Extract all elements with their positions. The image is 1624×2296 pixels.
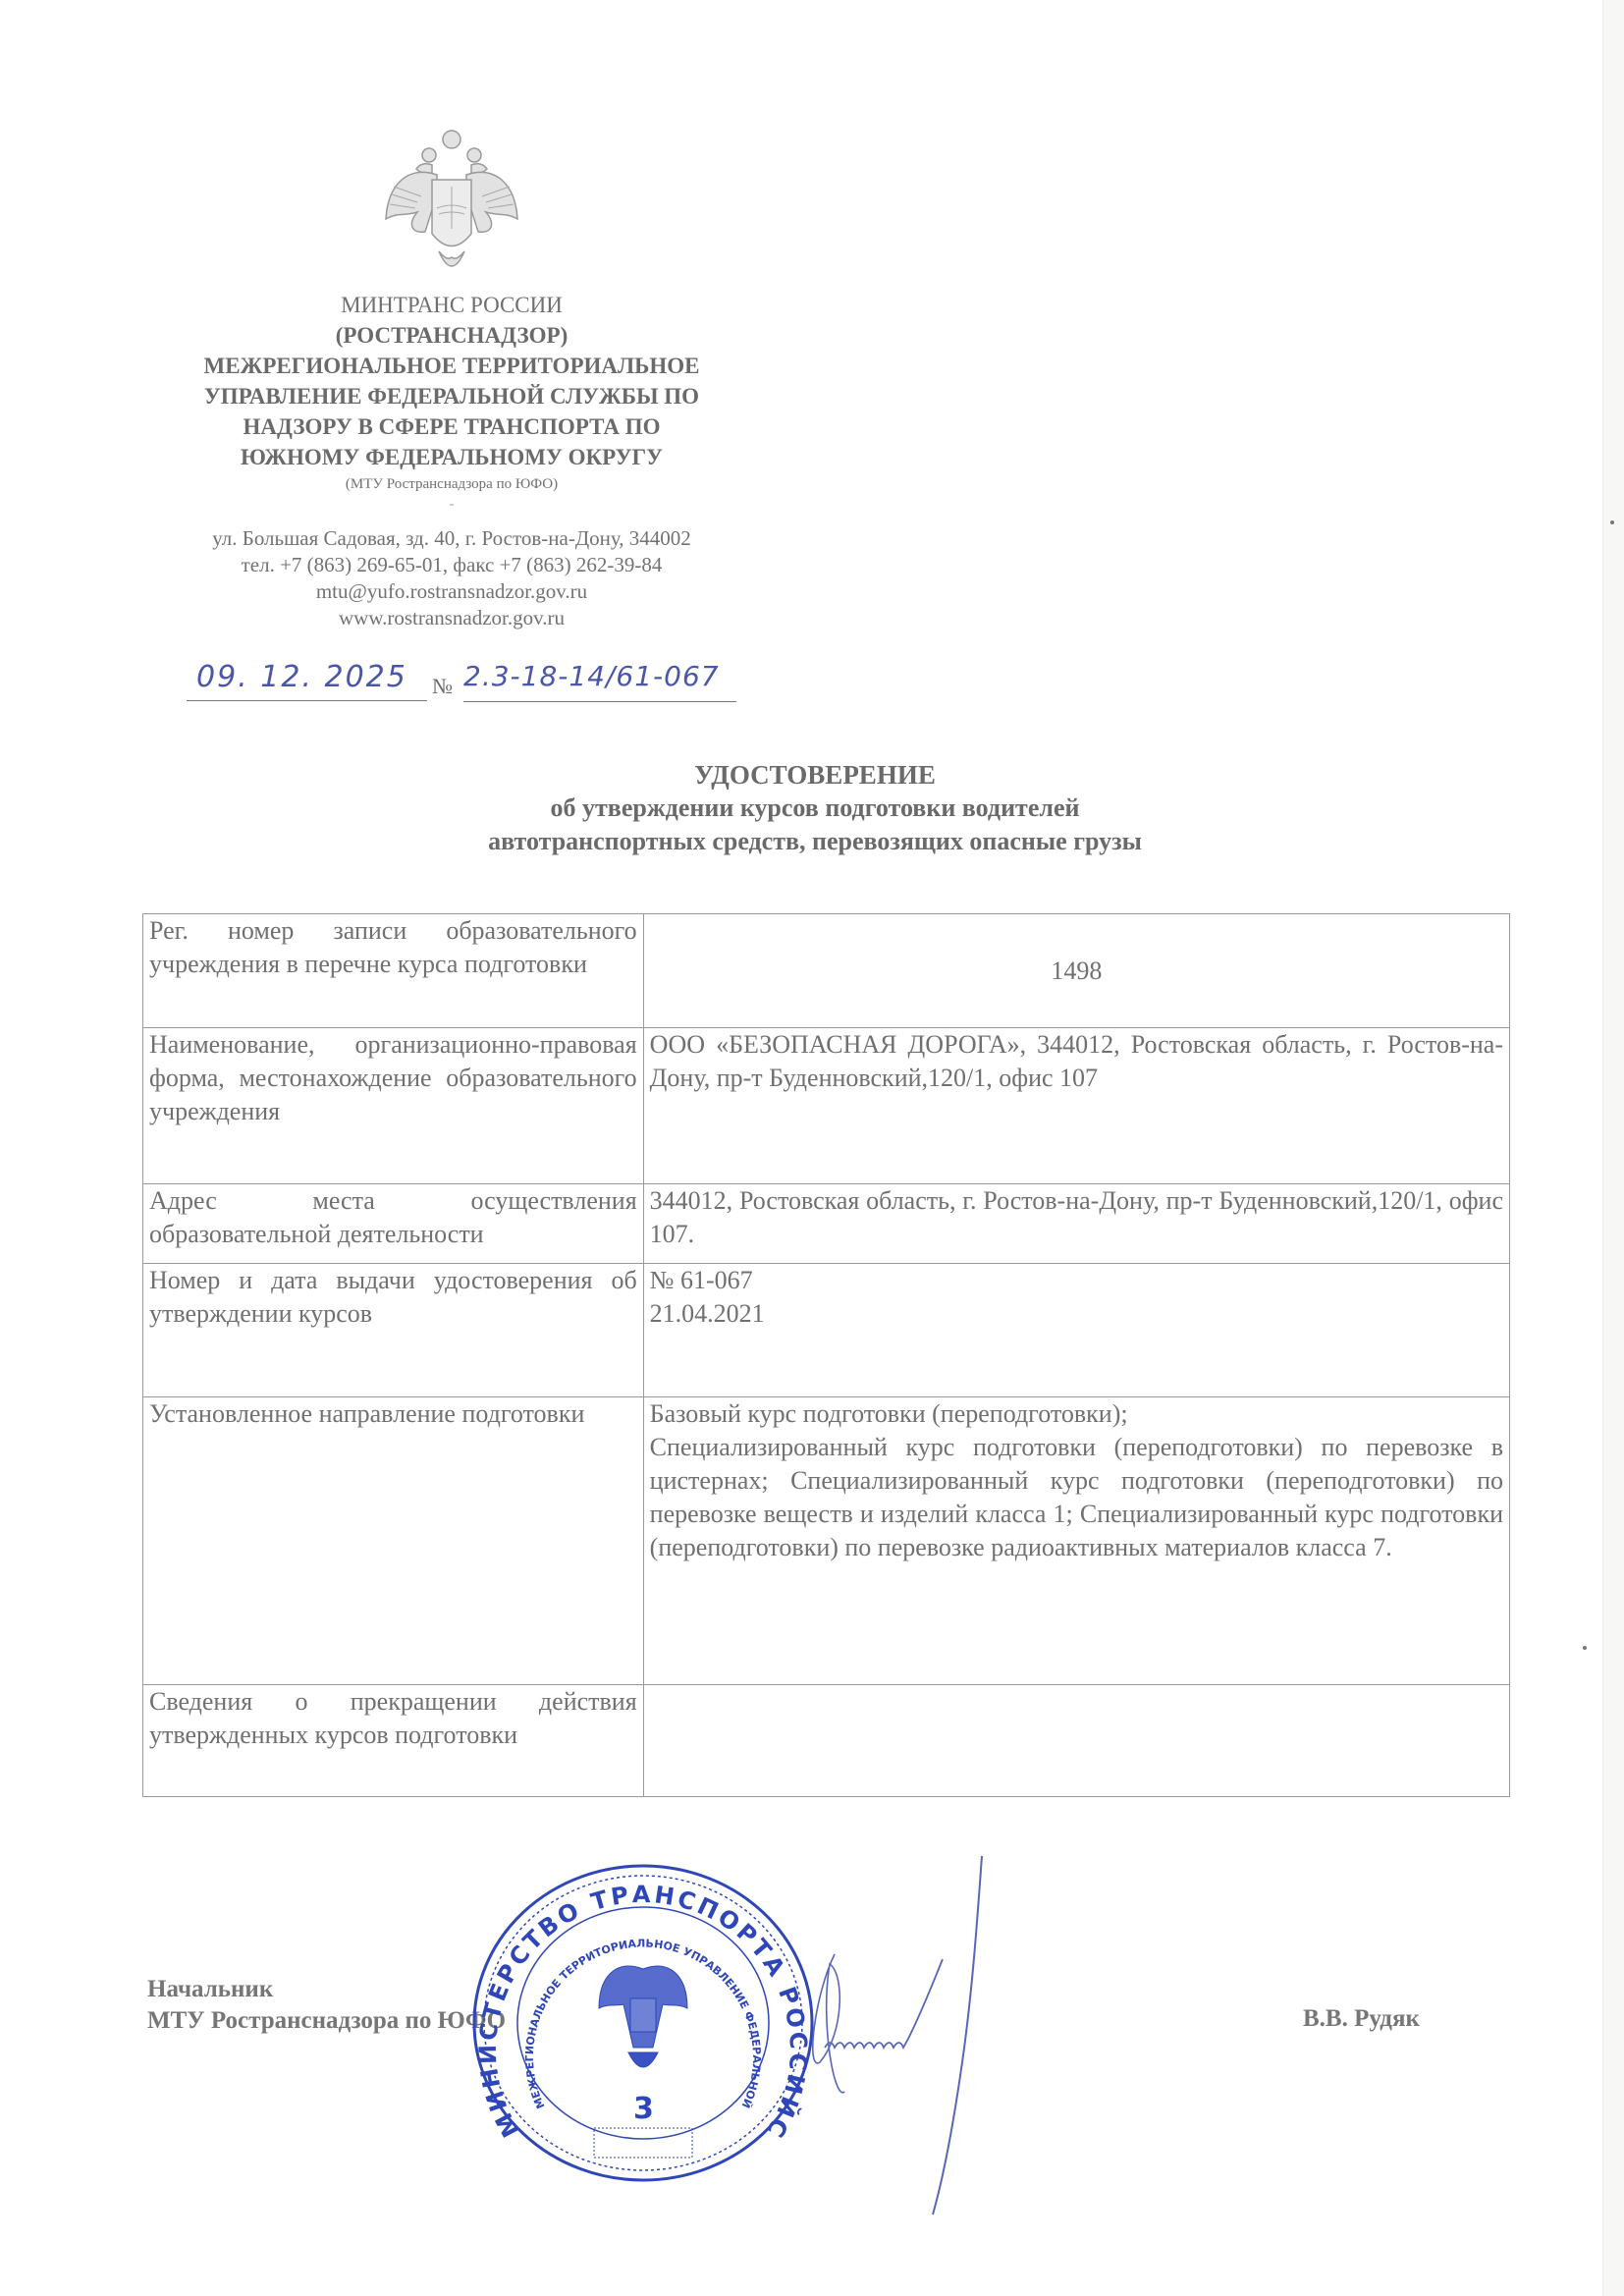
title-main: УДОСТОВЕРЕНИЕ bbox=[373, 758, 1257, 792]
postal-address: ул. Большая Садовая, зд. 40, г. Ростов-н… bbox=[157, 525, 746, 552]
contact-block: ул. Большая Садовая, зд. 40, г. Ростов-н… bbox=[157, 525, 746, 631]
table-row: Адрес места осуществления образовательно… bbox=[143, 1184, 1510, 1264]
row-value: 344012, Ростовская область, г. Ростов-на… bbox=[643, 1184, 1509, 1264]
phone-fax: тел. +7 (863) 269-65-01, факс +7 (863) 2… bbox=[157, 552, 746, 578]
separator: - bbox=[157, 496, 746, 514]
certificate-table: Рег. номер записи образовательного учреж… bbox=[142, 913, 1510, 1797]
row-label: Наименование, организационно-правовая фо… bbox=[143, 1028, 644, 1184]
document-title: УДОСТОВЕРЕНИЕ об утверждении курсов подг… bbox=[373, 758, 1257, 858]
row-label: Сведения о прекращении действия утвержде… bbox=[143, 1685, 644, 1797]
signatory-position: Начальник МТУ Ространснадзора по ЮФО bbox=[147, 1974, 506, 2037]
table-row: Сведения о прекращении действия утвержде… bbox=[143, 1685, 1510, 1797]
title-subtitle: об утверждении курсов подготовки водител… bbox=[373, 792, 1257, 825]
certificate-date: 21.04.2021 bbox=[650, 1297, 1503, 1331]
official-stamp-icon: МИНИСТЕРСТВО ТРАНСПОРТА РОССИЙСКОЙ ФЕДЕР… bbox=[461, 1861, 825, 2185]
registration-date: 09. 12. 2025 bbox=[187, 660, 427, 701]
org-name-line: ЮЖНОМУ ФЕДЕРАЛЬНОМУ ОКРУГУ bbox=[157, 442, 746, 472]
row-label: Адрес места осуществления образовательно… bbox=[143, 1184, 644, 1264]
row-label: Рег. номер записи образовательного учреж… bbox=[143, 914, 644, 1028]
svg-text:3: 3 bbox=[633, 2092, 654, 2126]
row-value: Базовый курс подготовки (переподготовки)… bbox=[643, 1397, 1509, 1685]
scan-edge bbox=[1602, 0, 1624, 2296]
row-value: № 61-067 21.04.2021 bbox=[643, 1264, 1509, 1397]
scan-speck bbox=[1610, 520, 1614, 524]
handwritten-signature-icon bbox=[805, 1846, 1051, 2219]
ministry-name: МИНТРАНС РОССИИ bbox=[157, 291, 746, 320]
org-name-line: УПРАВЛЕНИЕ ФЕДЕРАЛЬНОЙ СЛУЖБЫ ПО bbox=[157, 381, 746, 411]
table-row: Установленное направление подготовки Баз… bbox=[143, 1397, 1510, 1685]
row-label: Номер и дата выдачи удостоверения об утв… bbox=[143, 1264, 644, 1397]
agency-name: (РОСТРАНСНАДЗОР) bbox=[157, 320, 746, 351]
title-subtitle: автотранспортных средств, перевозящих оп… bbox=[373, 825, 1257, 858]
position-title: Начальник bbox=[147, 1974, 506, 2005]
row-value: 1498 bbox=[643, 914, 1509, 1028]
registration-line: 09. 12. 2025 № 2.3-18-14/61-067 bbox=[187, 660, 776, 709]
letterhead: МИНТРАНС РОССИИ (РОСТРАНСНАДЗОР) МЕЖРЕГИ… bbox=[157, 126, 746, 631]
course-specialized: Специализированный курс подготовки (пере… bbox=[650, 1431, 1503, 1564]
website-link[interactable]: www.rostransnadzor.gov.ru bbox=[157, 605, 746, 631]
scan-speck bbox=[1583, 1646, 1587, 1650]
number-sign: № bbox=[432, 674, 453, 699]
certificate-number: № 61-067 bbox=[650, 1264, 1503, 1297]
org-name-line: НАДЗОРУ В СФЕРЕ ТРАНСПОРТА ПО bbox=[157, 411, 746, 442]
org-name-line: МЕЖРЕГИОНАЛЬНОЕ ТЕРРИТОРИАЛЬНОЕ bbox=[157, 351, 746, 381]
row-label: Установленное направление подготовки bbox=[143, 1397, 644, 1685]
row-value: ООО «БЕЗОПАСНАЯ ДОРОГА», 344012, Ростовс… bbox=[643, 1028, 1509, 1184]
position-org: МТУ Ространснадзора по ЮФО bbox=[147, 2005, 506, 2037]
table-row: Наименование, организационно-правовая фо… bbox=[143, 1028, 1510, 1184]
double-headed-eagle-emblem-icon bbox=[378, 126, 525, 281]
signatory-name: В.В. Рудяк bbox=[1303, 2005, 1420, 2033]
table-row: Номер и дата выдачи удостоверения об утв… bbox=[143, 1264, 1510, 1397]
registration-number: 2.3-18-14/61-067 bbox=[463, 660, 736, 702]
course-basic: Базовый курс подготовки (переподготовки)… bbox=[650, 1397, 1503, 1431]
org-short-name: (МТУ Ространснадзора по ЮФО) bbox=[157, 472, 746, 496]
table-row: Рег. номер записи образовательного учреж… bbox=[143, 914, 1510, 1028]
email-link[interactable]: mtu@yufo.rostransnadzor.gov.ru bbox=[157, 578, 746, 605]
row-value bbox=[643, 1685, 1509, 1797]
